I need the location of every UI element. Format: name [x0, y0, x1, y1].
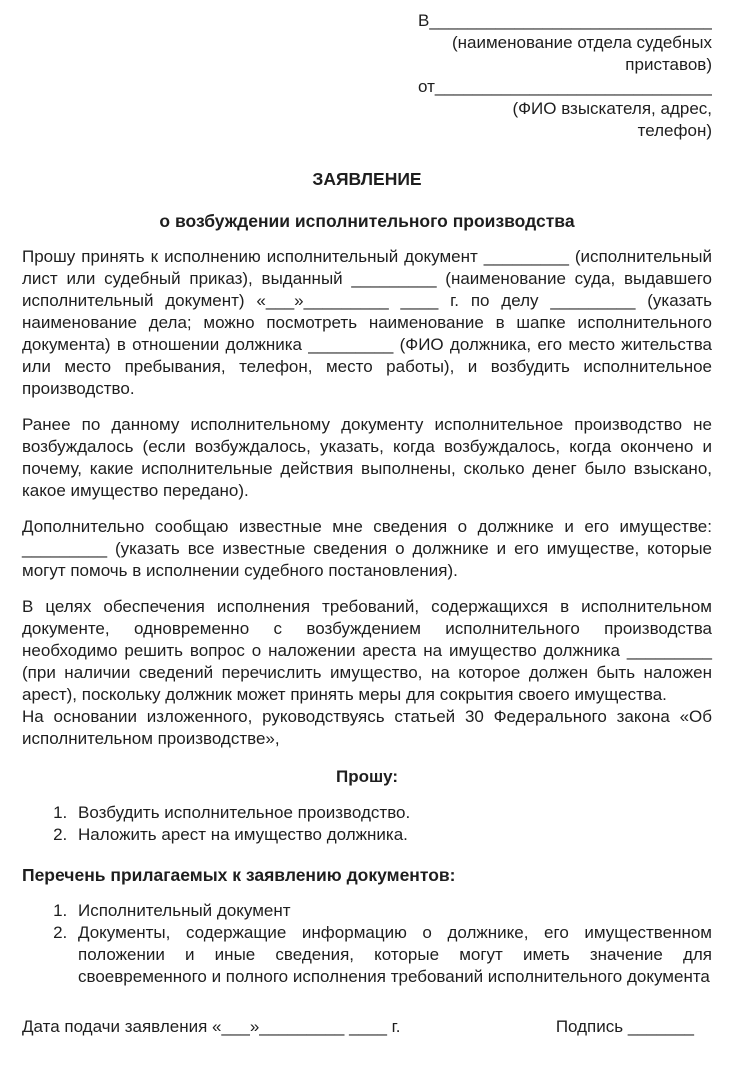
department-blank-line: В_________________________________ [418, 10, 712, 32]
department-caption-line1: (наименование отдела судебных [418, 32, 712, 54]
paragraph-debtor-info: Дополнительно сообщаю известные мне свед… [22, 516, 712, 582]
attachments-heading: Перечень прилагаемых к заявлению докумен… [22, 864, 712, 886]
attachments-list: Исполнительный документ Документы, содер… [22, 900, 712, 988]
department-caption-line2: приставов) [418, 54, 712, 76]
footer-row: Дата подачи заявления «___»_________ ___… [22, 1016, 712, 1038]
signature-line: Подпись _______ [556, 1016, 694, 1038]
document-subtitle: о возбуждении исполнительного производст… [22, 210, 712, 232]
request-list: Возбудить исполнительное производство. Н… [22, 802, 712, 846]
attachment-item-2: Документы, содержащие информацию о должн… [72, 922, 712, 988]
paragraph-petition: Прошу принять к исполнению исполнительны… [22, 246, 712, 400]
paragraph-arrest-request: В целях обеспечения исполнения требовани… [22, 596, 712, 706]
claimant-caption-line1: (ФИО взыскателя, адрес, [418, 98, 712, 120]
request-item-2: Наложить арест на имущество должника. [72, 824, 712, 846]
addressee-block: В_________________________________ (наим… [418, 10, 712, 142]
request-heading: Прошу: [22, 766, 712, 788]
request-item-1: Возбудить исполнительное производство. [72, 802, 712, 824]
filing-date-line: Дата подачи заявления «___»_________ ___… [22, 1016, 401, 1038]
paragraph-legal-basis: На основании изложенного, руководствуясь… [22, 706, 712, 750]
document-page: В_________________________________ (наим… [0, 0, 750, 1076]
claimant-caption-line2: телефон) [418, 120, 712, 142]
paragraph-prior-proceedings: Ранее по данному исполнительному докумен… [22, 414, 712, 502]
attachment-item-1: Исполнительный документ [72, 900, 712, 922]
document-title: ЗАЯВЛЕНИЕ [22, 168, 712, 190]
claimant-blank-line: от________________________________ [418, 76, 712, 98]
